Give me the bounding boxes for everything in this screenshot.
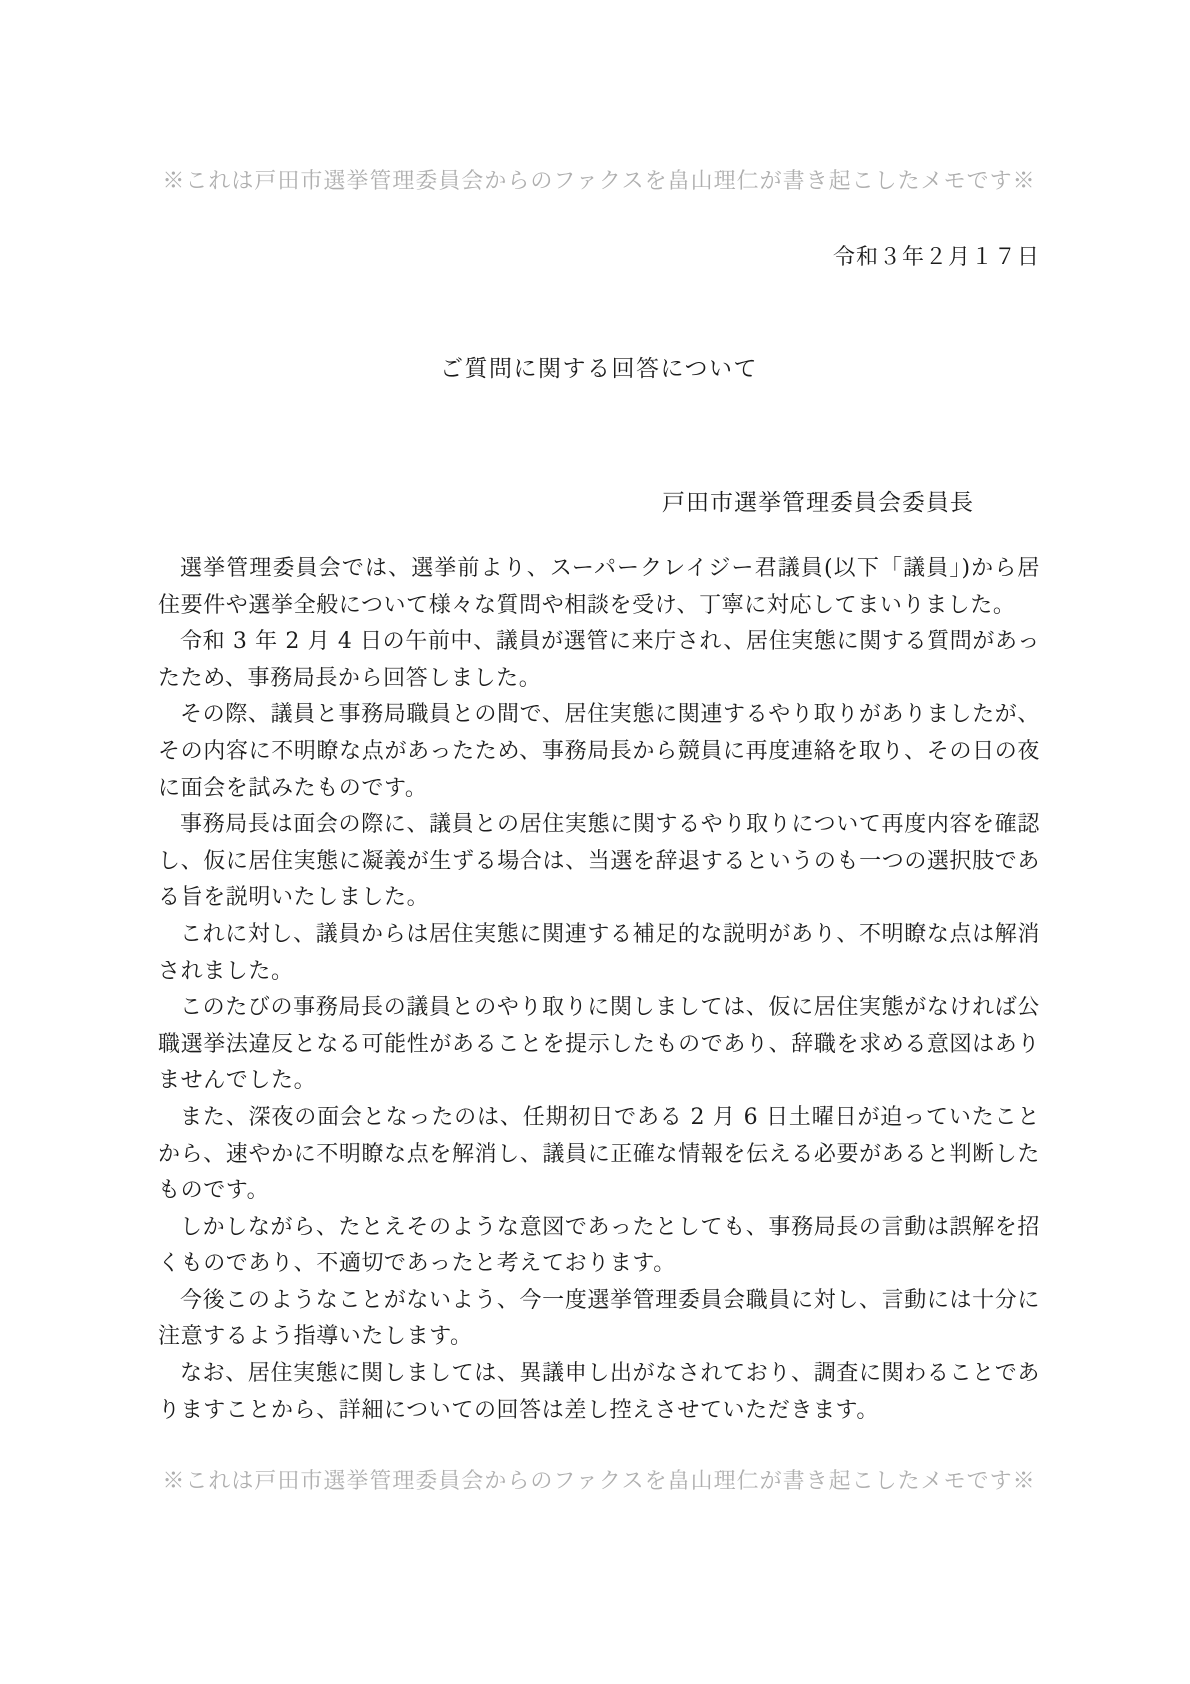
- body-paragraph: その際、議員と事務局職員との間で、居住実態に関連するやり取りがありましたが、その…: [158, 697, 1040, 807]
- document-body: 選挙管理委員会では、選挙前より、スーパークレイジー君議員(以下「議員」)から居住…: [158, 551, 1040, 1429]
- body-paragraph: 令和 3 年 2 月 4 日の午前中、議員が選管に来庁され、居住実態に関する質問…: [158, 624, 1040, 697]
- document-page: ※これは戸田市選挙管理委員会からのファクスを畠山理仁が書き起こしたメモです※ 令…: [0, 0, 1190, 1684]
- document-title: ご質問に関する回答について: [158, 350, 1040, 383]
- transcriber-note-top: ※これは戸田市選挙管理委員会からのファクスを畠山理仁が書き起こしたメモです※: [158, 164, 1040, 195]
- document-sender: 戸田市選挙管理委員会委員長: [158, 484, 1040, 517]
- body-paragraph: また、深夜の面会となったのは、任期初日である 2 月 6 日土曜日が迫っていたこ…: [158, 1100, 1040, 1210]
- body-paragraph: 選挙管理委員会では、選挙前より、スーパークレイジー君議員(以下「議員」)から居住…: [158, 551, 1040, 624]
- body-paragraph: これに対し、議員からは居住実態に関連する補足的な説明があり、不明瞭な点は解消され…: [158, 917, 1040, 990]
- document-date: 令和３年２月１７日: [158, 240, 1040, 271]
- body-paragraph: 今後このようなことがないよう、今一度選挙管理委員会職員に対し、言動には十分に注意…: [158, 1283, 1040, 1356]
- body-paragraph: なお、居住実態に関しましては、異議申し出がなされており、調査に関わることでありま…: [158, 1356, 1040, 1429]
- transcriber-note-bottom: ※これは戸田市選挙管理委員会からのファクスを畠山理仁が書き起こしたメモです※: [158, 1464, 1040, 1495]
- body-paragraph: このたびの事務局長の議員とのやり取りに関しましては、仮に居住実態がなければ公職選…: [158, 990, 1040, 1100]
- body-paragraph: 事務局長は面会の際に、議員との居住実態に関するやり取りについて再度内容を確認し、…: [158, 807, 1040, 917]
- body-paragraph: しかしながら、たとえそのような意図であったとしても、事務局長の言動は誤解を招くも…: [158, 1210, 1040, 1283]
